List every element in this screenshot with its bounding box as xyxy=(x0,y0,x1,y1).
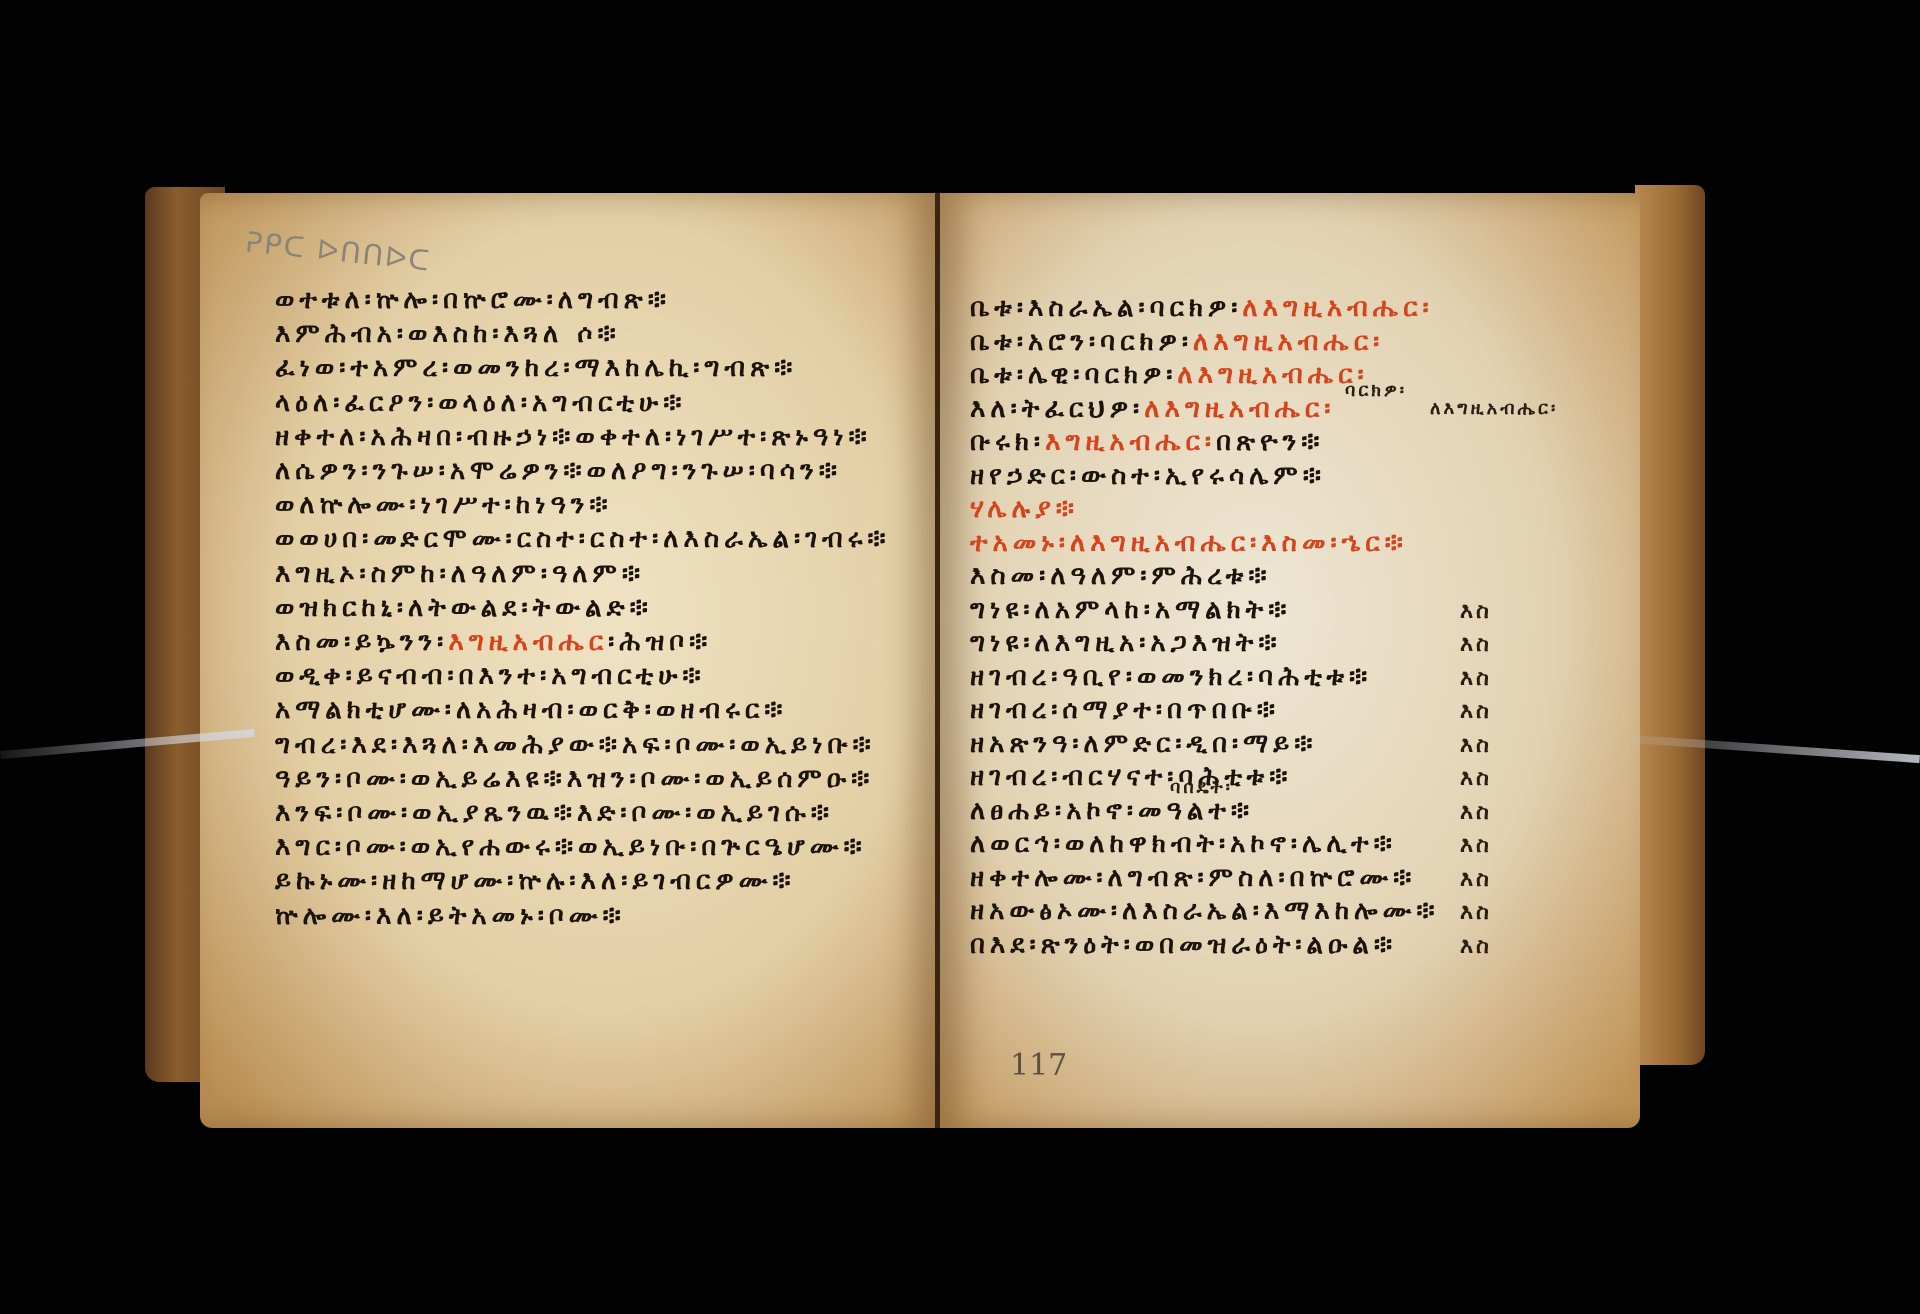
manuscript-line: ዓይን፡ቦሙ፡ወኢይሬእዩ፨እዝን፡ቦሙ፡ወኢይሰምዑ፨ xyxy=(275,764,874,795)
manuscript-line: እግር፡ቦሙ፡ወኢየሐውሩ፨ወኢይነቡ፡በጕርዔሆሙ፨ xyxy=(275,832,867,863)
manuscript-line: ፈነወ፡ተአምረ፡ወመንከረ፡ማእከሌኪ፡ግብጽ፨ xyxy=(275,353,797,384)
manuscript-line: ዘገብረ፡ሰማያተ፡በጥበቡ፨ xyxy=(970,695,1280,726)
manuscript-line: በእደ፡ጽንዕት፡ወበመዝራዕት፡ልዑል፨ xyxy=(970,930,1397,961)
manuscript-line: ዘአውፅኦሙ፡ለእስራኤል፡እማእከሎሙ፨ xyxy=(970,896,1440,927)
manuscript-line: ኵሎሙ፡እለ፡ይትአመኑ፡ቦሙ፨ xyxy=(275,901,626,932)
manuscript-line: ተአመኑ፡ለእግዚአብሔር፡እስመ፡ኄር፨ xyxy=(970,528,1408,559)
manuscript-line: ቤቱ፡ሌዊ፡ባርክዎ፡ለእግዚአብሔር፡ xyxy=(970,360,1369,391)
margin-refrain: እስ xyxy=(1460,766,1492,791)
manuscript-line: ዘቀተለ፡አሕዛበ፡ብዙኃነ፨ወቀተለ፡ነገሥተ፡ጽኑዓነ፨ xyxy=(275,422,872,453)
manuscript-line: እለ፡ትፈርህዎ፡ለእግዚአብሔር፡ xyxy=(970,394,1335,425)
margin-refrain: እስ xyxy=(1460,934,1492,959)
manuscript-line: እስመ፡ይኴንን፡እግዚአብሔር፡ሕዝቦ፨ xyxy=(275,627,712,658)
manuscript-line: እስመ፡ለዓለም፡ምሕረቱ፨ xyxy=(970,561,1272,592)
manuscript-line: ዘገብረ፡ብርሃናተ፡ባሕቲቱ፨ xyxy=(970,762,1292,793)
folio-number: 117 xyxy=(1010,1048,1067,1083)
manuscript-line: ቤቱ፡እስራኤል፡ባርክዎ፡ለእግዚአብሔር፡ xyxy=(970,293,1434,324)
manuscript-line: ወተቱለ፡ኵሎ፡በኵሮሙ፡ለግብጽ፨ xyxy=(275,285,671,316)
margin-refrain: እስ xyxy=(1460,632,1492,657)
interlinear-note: ባበዴት፡ xyxy=(1170,777,1233,798)
manuscript-line: ቡሩክ፡እግዚአብሔር፡በጽዮን፨ xyxy=(970,427,1325,458)
manuscript-book: ᕈᑭᑕ ᐅᑎᑎᐅᑕ ወተቱለ፡ኵሎ፡በኵሮሙ፡ለግብጽ፨እምሕብአ፡ወእስከ፡እ… xyxy=(145,165,1705,1145)
manuscript-line: ለሴዎን፡ንጉሠ፡አሞሬዎን፨ወለዖግ፡ንጉሠ፡ባሳን፨ xyxy=(275,456,842,487)
right-page-edges xyxy=(1635,185,1705,1065)
left-page: ᕈᑭᑕ ᐅᑎᑎᐅᑕ ወተቱለ፡ኵሎ፡በኵሮሙ፡ለግብጽ፨እምሕብአ፡ወእስከ፡እ… xyxy=(200,193,935,1128)
interlinear-note: ባርክዎ፡ xyxy=(1345,380,1407,401)
manuscript-line: አማልክቲሆሙ፡ለአሕዛብ፡ወርቅ፡ወዘብሩር፨ xyxy=(275,695,788,726)
manuscript-line: ላዕለ፡ፈርዖን፡ወላዕለ፡አግብርቲሁ፨ xyxy=(275,388,686,419)
manuscript-line: ሃሌሉያ፨ xyxy=(970,494,1079,525)
manuscript-line: ወለኵሎሙ፡ነገሥተ፡ከነዓን፨ xyxy=(275,490,613,521)
manuscript-line: እምሕብአ፡ወእስከ፡እጓለ ሶ፨ xyxy=(275,319,621,350)
margin-refrain: እስ xyxy=(1460,833,1492,858)
manuscript-line: ለፀሐይ፡አኮኖ፡መዓልተ፨ xyxy=(970,796,1254,827)
manuscript-line: እንፍ፡ቦሙ፡ወኢያጼንዉ፨እድ፡ቦሙ፡ወኢይገሱ፨ xyxy=(275,798,834,829)
manuscript-line: ለወርኅ፡ወለከዋክብት፡አኮኖ፡ሌሊተ፨ xyxy=(970,829,1397,860)
manuscript-line: ወዲቀ፡ይናብብ፡በእንተ፡አግብርቲሁ፨ xyxy=(275,661,706,692)
margin-refrain: እስ xyxy=(1460,666,1492,691)
interlinear-note: ለእግዚአብሔር፡ xyxy=(1430,398,1558,419)
manuscript-line: ዘቀተሎሙ፡ለግብጽ፡ምስለ፡በኵሮሙ፨ xyxy=(970,863,1416,894)
margin-refrain: እስ xyxy=(1460,599,1492,624)
manuscript-line: ቤቱ፡አሮን፡ባርክዎ፡ለእግዚአብሔር፡ xyxy=(970,327,1384,358)
manuscript-line: ግብረ፡እደ፡እጓለ፡እመሕያው፨አፍ፡ቦሙ፡ወኢይነቡ፨ xyxy=(275,730,876,761)
margin-refrain: እስ xyxy=(1460,900,1492,925)
right-page: 117 ቤቱ፡እስራኤል፡ባርክዎ፡ለእግዚአብሔር፡ቤቱ፡አሮን፡ባርክዎ፡ለ… xyxy=(940,193,1640,1128)
manuscript-line: እግዚኦ፡ስምከ፡ለዓለም፡ዓለም፨ xyxy=(275,559,645,590)
manuscript-line: ዘየኃድር፡ውስተ፡ኢየሩሳሌም፨ xyxy=(970,461,1326,492)
pencil-note: ᕈᑭᑕ ᐅᑎᑎᐅᑕ xyxy=(244,225,433,277)
manuscript-line: ዘገብረ፡ዓቢየ፡ወመንክረ፡ባሕቲቱ፨ xyxy=(970,662,1372,693)
manuscript-line: ወዝክርከኒ፡ለትውልደ፡ትውልድ፨ xyxy=(275,593,653,624)
manuscript-line: ይኩኑሙ፡ዘከማሆሙ፡ኵሉ፡እለ፡ይገብርዎሙ፨ xyxy=(275,866,796,897)
manuscript-line: ግነዩ፡ለአምላከ፡አማልክት፨ xyxy=(970,595,1291,626)
margin-refrain: እስ xyxy=(1460,699,1492,724)
manuscript-line: ግነዩ፡ለእግዚአ፡አጋእዝት፨ xyxy=(970,628,1282,659)
margin-refrain: እስ xyxy=(1460,733,1492,758)
margin-refrain: እስ xyxy=(1460,867,1492,892)
manuscript-line: ወወሀበ፡መድርሞሙ፡ርስተ፡ርስተ፡ለእስራኤል፡ገብሩ፨ xyxy=(275,524,891,555)
manuscript-line: ዘአጽንዓ፡ለምድር፡ዲበ፡ማይ፨ xyxy=(970,729,1317,760)
margin-refrain: እስ xyxy=(1460,800,1492,825)
